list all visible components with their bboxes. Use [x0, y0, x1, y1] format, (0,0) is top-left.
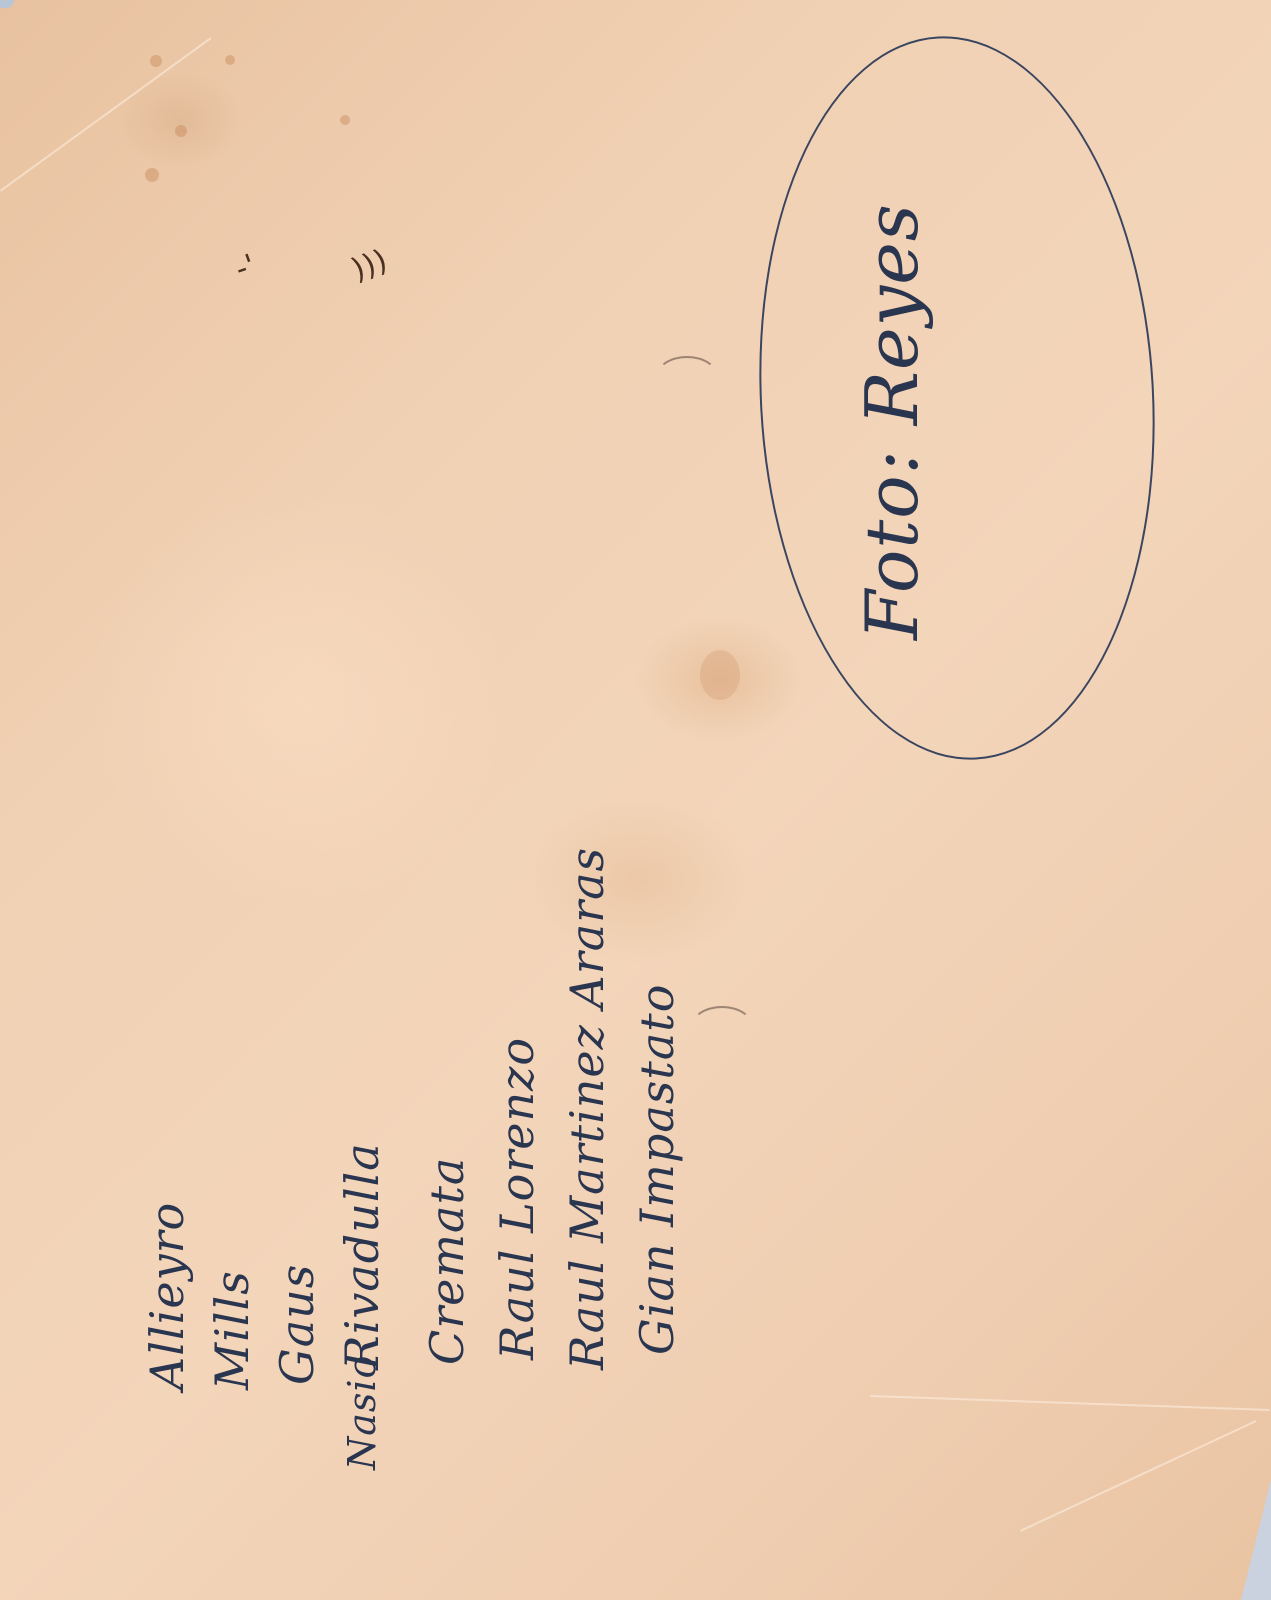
name-line: Raul Martinez Araras [560, 847, 614, 1370]
pencil-mark [690, 1006, 754, 1050]
rotated-handwriting-layer: Foto: Reyes Allieyro Mills Gaus Nasio Ri… [0, 0, 1271, 1600]
name-line: Gian Impastato [630, 984, 684, 1356]
photo-back-document: -' ))) Foto: Reyes Allieyro Mills Gaus N… [0, 0, 1271, 1600]
name-line: Raul Lorenzo [490, 1037, 544, 1360]
name-line: Gaus [270, 1264, 324, 1385]
pencil-mark [655, 356, 719, 400]
name-line: Mills [205, 1270, 259, 1390]
photo-credit: Foto: Reyes [850, 203, 934, 640]
credit-oval [741, 26, 1172, 770]
name-line: Allieyro [140, 1202, 194, 1390]
name-line: Cremata [420, 1157, 474, 1365]
name-prefix: Nasio [340, 1355, 384, 1470]
name-line: Rivadulla [335, 1142, 389, 1370]
